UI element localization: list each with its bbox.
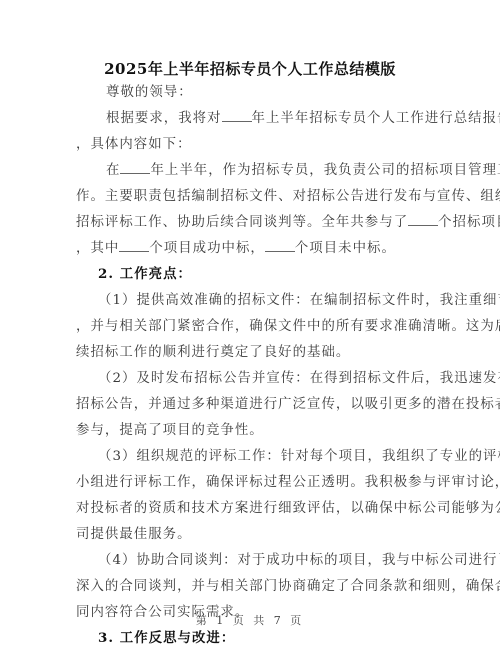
document-page: 2025年上半年招标专员个人工作总结模版 尊敬的领导： 根据要求，我将对年上半年… xyxy=(0,0,500,647)
intro-line-1: 根据要求，我将对年上半年招标专员个人工作进行总结报告 xyxy=(106,107,452,126)
lost-count-blank xyxy=(265,240,295,252)
section-2-heading: 2. 工作亮点： xyxy=(98,263,444,282)
intro-text-a: 根据要求，我将对 xyxy=(106,111,222,126)
year-blank xyxy=(222,110,252,122)
highlight-4-line-2: 深入的合同谈判，并与相关部门协商确定了合同条款和细则，确保合 xyxy=(76,575,422,594)
overview-text-c: 招标评标工作、协助后续合同谈判等。全年共参与了 xyxy=(76,215,408,230)
overview-line-1: 在年上半年，作为招标专员，我负责公司的招标项目管理工 xyxy=(106,159,452,178)
highlight-4-line-1: （4）协助合同谈判：对于成功中标的项目，我与中标公司进行了 xyxy=(98,549,444,568)
overview-line-3: 招标评标工作、协助后续合同谈判等。全年共参与了个招标项目 xyxy=(76,211,422,230)
highlight-2-line-2: 招标公告，并通过多种渠道进行广泛宣传，以吸引更多的潜在投标者 xyxy=(76,393,422,412)
overview-text-a: 在 xyxy=(106,163,120,178)
overview-line-2: 作。主要职责包括编制招标文件、对招标公告进行发布与宣传、组织 xyxy=(76,185,422,204)
overview-text-b: 年上半年，作为招标专员，我负责公司的招标项目管理工 xyxy=(150,163,500,178)
overview-text-d: 个招标项目 xyxy=(438,215,500,230)
overview-line-4: ，其中个项目成功中标，个项目未中标。 xyxy=(76,237,422,256)
highlight-3-line-4: 司提供最佳服务。 xyxy=(76,523,422,542)
intro-text-b: 年上半年招标专员个人工作进行总结报告 xyxy=(252,111,500,126)
overview-text-f: 个项目成功中标， xyxy=(149,241,265,256)
year-blank xyxy=(120,162,150,174)
document-title: 2025年上半年招标专员个人工作总结模版 xyxy=(0,58,500,79)
won-count-blank xyxy=(119,240,149,252)
highlight-1-line-1: （1）提供高效准确的招标文件：在编制招标文件时，我注重细节 xyxy=(98,289,444,308)
intro-line-2: ，具体内容如下： xyxy=(76,133,422,152)
highlight-1-line-3: 续招标工作的顺利进行奠定了良好的基础。 xyxy=(76,341,422,360)
highlight-3-line-1: （3）组织规范的评标工作：针对每个项目，我组织了专业的评标 xyxy=(98,445,444,464)
overview-text-e: ，其中 xyxy=(76,241,119,256)
page-number-footer: 第 1 页 共 7 页 xyxy=(0,612,500,628)
highlight-2-line-1: （2）及时发布招标公告并宣传：在得到招标文件后，我迅速发布 xyxy=(98,367,444,386)
section-3-heading: 3. 工作反思与改进： xyxy=(98,627,444,646)
overview-text-g: 个项目未中标。 xyxy=(295,241,396,256)
project-count-blank xyxy=(408,214,438,226)
highlight-3-line-3: 对投标者的资质和技术方案进行细致评估，以确保中标公司能够为公 xyxy=(76,497,422,516)
highlight-2-line-3: 参与，提高了项目的竞争性。 xyxy=(76,419,422,438)
highlight-1-line-2: ，并与相关部门紧密合作，确保文件中的所有要求准确清晰。这为后 xyxy=(76,315,422,334)
greeting: 尊敬的领导： xyxy=(106,81,452,100)
highlight-3-line-2: 小组进行评标工作，确保评标过程公正透明。我积极参与评审讨论， xyxy=(76,471,422,490)
